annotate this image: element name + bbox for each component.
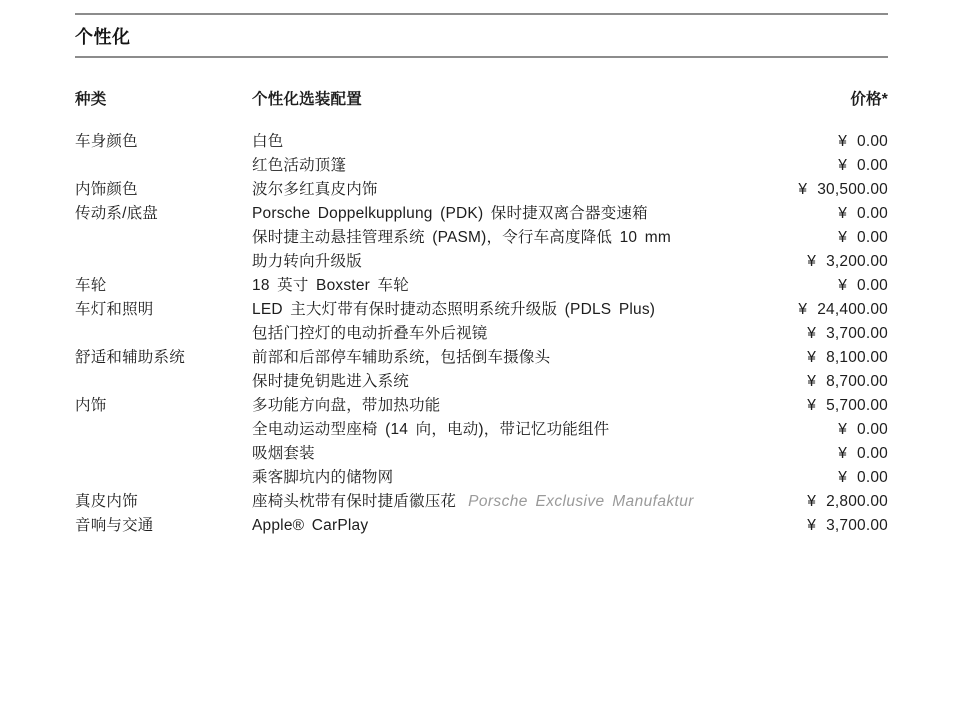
- table-row: 内饰颜色 波尔多红真皮内饰 ¥30,500.00: [75, 178, 888, 202]
- currency-symbol: ¥: [807, 394, 816, 418]
- exclusive-manufaktur-label: Porsche Exclusive Manufaktur: [468, 493, 694, 510]
- option-cell: Porsche Doppelkupplung (PDK) 保时捷双离合器变速箱: [252, 202, 838, 226]
- option-cell: LED 主大灯带有保时捷动态照明系统升级版 (PDLS Plus): [252, 298, 798, 322]
- currency-symbol: ¥: [838, 418, 847, 442]
- category-cell: 车身颜色: [75, 130, 252, 154]
- table-row: 音响与交通 Apple® CarPlay ¥3,700.00: [75, 514, 888, 538]
- price-cell: ¥0.00: [838, 226, 888, 250]
- option-label: 多功能方向盘，带加热功能: [252, 397, 440, 414]
- option-label: 助力转向升级版: [252, 253, 362, 270]
- price-cell: ¥0.00: [838, 202, 888, 226]
- price-amount: 3,700.00: [826, 322, 888, 346]
- price-cell: ¥0.00: [838, 274, 888, 298]
- currency-symbol: ¥: [798, 178, 807, 202]
- currency-symbol: ¥: [807, 346, 816, 370]
- table-header-row: 种类 个性化选装配置 价格*: [75, 91, 888, 109]
- option-cell: 助力转向升级版: [252, 250, 807, 274]
- option-label: Apple® CarPlay: [252, 517, 368, 534]
- options-table: 种类 个性化选装配置 价格* 车身颜色 白色 ¥0.00 红色活动顶篷 ¥0.0…: [75, 91, 888, 538]
- price-cell: ¥3,200.00: [807, 250, 888, 274]
- price-cell: ¥2,800.00: [807, 490, 888, 514]
- option-cell: 乘客脚坑内的储物网: [252, 466, 838, 490]
- category-cell: 传动系/底盘: [75, 202, 252, 226]
- price-amount: 0.00: [857, 274, 888, 298]
- price-cell: ¥0.00: [838, 418, 888, 442]
- category-cell: [75, 466, 252, 490]
- option-label: LED 主大灯带有保时捷动态照明系统升级版 (PDLS Plus): [252, 301, 655, 318]
- category-cell: [75, 442, 252, 466]
- category-cell: [75, 322, 252, 346]
- category-cell: 内饰: [75, 394, 252, 418]
- price-amount: 0.00: [857, 202, 888, 226]
- option-cell: 白色: [252, 130, 838, 154]
- option-label: 全电动运动型座椅 (14 向，电动)，带记忆功能组件: [252, 421, 609, 438]
- section-title: 个性化: [75, 26, 888, 48]
- option-label: 包括门控灯的电动折叠车外后视镜: [252, 325, 488, 342]
- table-row: 车灯和照明 LED 主大灯带有保时捷动态照明系统升级版 (PDLS Plus) …: [75, 298, 888, 322]
- table-row: 车身颜色 白色 ¥0.00: [75, 130, 888, 154]
- table-row: 全电动运动型座椅 (14 向，电动)，带记忆功能组件 ¥0.00: [75, 418, 888, 442]
- category-cell: 舒适和辅助系统: [75, 346, 252, 370]
- option-label: 吸烟套装: [252, 445, 315, 462]
- option-label: 红色活动顶篷: [252, 157, 346, 174]
- option-label: 座椅头枕带有保时捷盾徽压花: [252, 493, 456, 510]
- table-row: 车轮 18 英寸 Boxster 车轮 ¥0.00: [75, 274, 888, 298]
- table-row: 包括门控灯的电动折叠车外后视镜 ¥3,700.00: [75, 322, 888, 346]
- price-cell: ¥8,700.00: [807, 370, 888, 394]
- category-cell: [75, 250, 252, 274]
- currency-symbol: ¥: [807, 322, 816, 346]
- price-amount: 0.00: [857, 154, 888, 178]
- option-cell: Apple® CarPlay: [252, 514, 807, 538]
- currency-symbol: ¥: [838, 466, 847, 490]
- header-option: 个性化选装配置: [252, 91, 850, 109]
- currency-symbol: ¥: [838, 130, 847, 154]
- option-cell: 18 英寸 Boxster 车轮: [252, 274, 838, 298]
- currency-symbol: ¥: [838, 442, 847, 466]
- table-row: 红色活动顶篷 ¥0.00: [75, 154, 888, 178]
- price-cell: ¥3,700.00: [807, 514, 888, 538]
- table-row: 内饰 多功能方向盘，带加热功能 ¥5,700.00: [75, 394, 888, 418]
- price-amount: 0.00: [857, 466, 888, 490]
- currency-symbol: ¥: [838, 202, 847, 226]
- option-label: 18 英寸 Boxster 车轮: [252, 277, 409, 294]
- price-cell: ¥30,500.00: [798, 178, 888, 202]
- option-cell: 保时捷主动悬挂管理系统 (PASM)，令行车高度降低 10 mm: [252, 226, 838, 250]
- price-cell: ¥0.00: [838, 442, 888, 466]
- option-cell: 吸烟套装: [252, 442, 838, 466]
- option-label: 保时捷主动悬挂管理系统 (PASM)，令行车高度降低 10 mm: [252, 229, 671, 246]
- currency-symbol: ¥: [807, 250, 816, 274]
- price-cell: ¥24,400.00: [798, 298, 888, 322]
- option-cell: 前部和后部停车辅助系统，包括倒车摄像头: [252, 346, 807, 370]
- option-label: 波尔多红真皮内饰: [252, 181, 378, 198]
- currency-symbol: ¥: [838, 226, 847, 250]
- option-label: 白色: [252, 133, 283, 150]
- option-label: Porsche Doppelkupplung (PDK) 保时捷双离合器变速箱: [252, 205, 648, 222]
- price-list-page: 个性化 种类 个性化选装配置 价格* 车身颜色 白色 ¥0.00 红色活动顶篷 …: [0, 13, 960, 538]
- category-cell: 音响与交通: [75, 514, 252, 538]
- currency-symbol: ¥: [807, 514, 816, 538]
- option-label: 前部和后部停车辅助系统，包括倒车摄像头: [252, 349, 550, 366]
- table-row: 真皮内饰 座椅头枕带有保时捷盾徽压花Porsche Exclusive Manu…: [75, 490, 888, 514]
- option-label: 乘客脚坑内的储物网: [252, 469, 393, 486]
- category-cell: [75, 154, 252, 178]
- currency-symbol: ¥: [838, 154, 847, 178]
- table-row: 保时捷主动悬挂管理系统 (PASM)，令行车高度降低 10 mm ¥0.00: [75, 226, 888, 250]
- price-amount: 5,700.00: [826, 394, 888, 418]
- option-cell: 包括门控灯的电动折叠车外后视镜: [252, 322, 807, 346]
- option-cell: 红色活动顶篷: [252, 154, 838, 178]
- option-cell: 座椅头枕带有保时捷盾徽压花Porsche Exclusive Manufaktu…: [252, 490, 807, 514]
- price-cell: ¥0.00: [838, 154, 888, 178]
- price-amount: 0.00: [857, 226, 888, 250]
- currency-symbol: ¥: [807, 370, 816, 394]
- category-cell: [75, 226, 252, 250]
- category-cell: [75, 370, 252, 394]
- table-row: 舒适和辅助系统 前部和后部停车辅助系统，包括倒车摄像头 ¥8,100.00: [75, 346, 888, 370]
- price-amount: 0.00: [857, 442, 888, 466]
- price-amount: 0.00: [857, 418, 888, 442]
- category-cell: 真皮内饰: [75, 490, 252, 514]
- price-amount: 24,400.00: [817, 298, 888, 322]
- option-cell: 保时捷免钥匙进入系统: [252, 370, 807, 394]
- table-row: 吸烟套装 ¥0.00: [75, 442, 888, 466]
- currency-symbol: ¥: [807, 490, 816, 514]
- currency-symbol: ¥: [838, 274, 847, 298]
- table-row: 乘客脚坑内的储物网 ¥0.00: [75, 466, 888, 490]
- price-amount: 0.00: [857, 130, 888, 154]
- title-underline-rule: [75, 56, 888, 58]
- table-row: 保时捷免钥匙进入系统 ¥8,700.00: [75, 370, 888, 394]
- option-label: 保时捷免钥匙进入系统: [252, 373, 409, 390]
- header-price: 价格*: [850, 91, 888, 109]
- price-amount: 8,700.00: [826, 370, 888, 394]
- currency-symbol: ¥: [798, 298, 807, 322]
- category-cell: 内饰颜色: [75, 178, 252, 202]
- price-amount: 3,200.00: [826, 250, 888, 274]
- price-cell: ¥8,100.00: [807, 346, 888, 370]
- category-cell: 车灯和照明: [75, 298, 252, 322]
- price-amount: 2,800.00: [826, 490, 888, 514]
- option-cell: 多功能方向盘，带加热功能: [252, 394, 807, 418]
- price-amount: 30,500.00: [817, 178, 888, 202]
- category-cell: 车轮: [75, 274, 252, 298]
- top-rule: [75, 13, 888, 15]
- table-row: 传动系/底盘 Porsche Doppelkupplung (PDK) 保时捷双…: [75, 202, 888, 226]
- price-cell: ¥3,700.00: [807, 322, 888, 346]
- price-cell: ¥0.00: [838, 466, 888, 490]
- price-cell: ¥5,700.00: [807, 394, 888, 418]
- category-cell: [75, 418, 252, 442]
- option-cell: 波尔多红真皮内饰: [252, 178, 798, 202]
- table-row: 助力转向升级版 ¥3,200.00: [75, 250, 888, 274]
- price-amount: 3,700.00: [826, 514, 888, 538]
- table-body: 车身颜色 白色 ¥0.00 红色活动顶篷 ¥0.00 内饰颜色 波尔多红真皮内饰…: [75, 130, 888, 538]
- price-amount: 8,100.00: [826, 346, 888, 370]
- price-cell: ¥0.00: [838, 130, 888, 154]
- option-cell: 全电动运动型座椅 (14 向，电动)，带记忆功能组件: [252, 418, 838, 442]
- header-category: 种类: [75, 91, 252, 109]
